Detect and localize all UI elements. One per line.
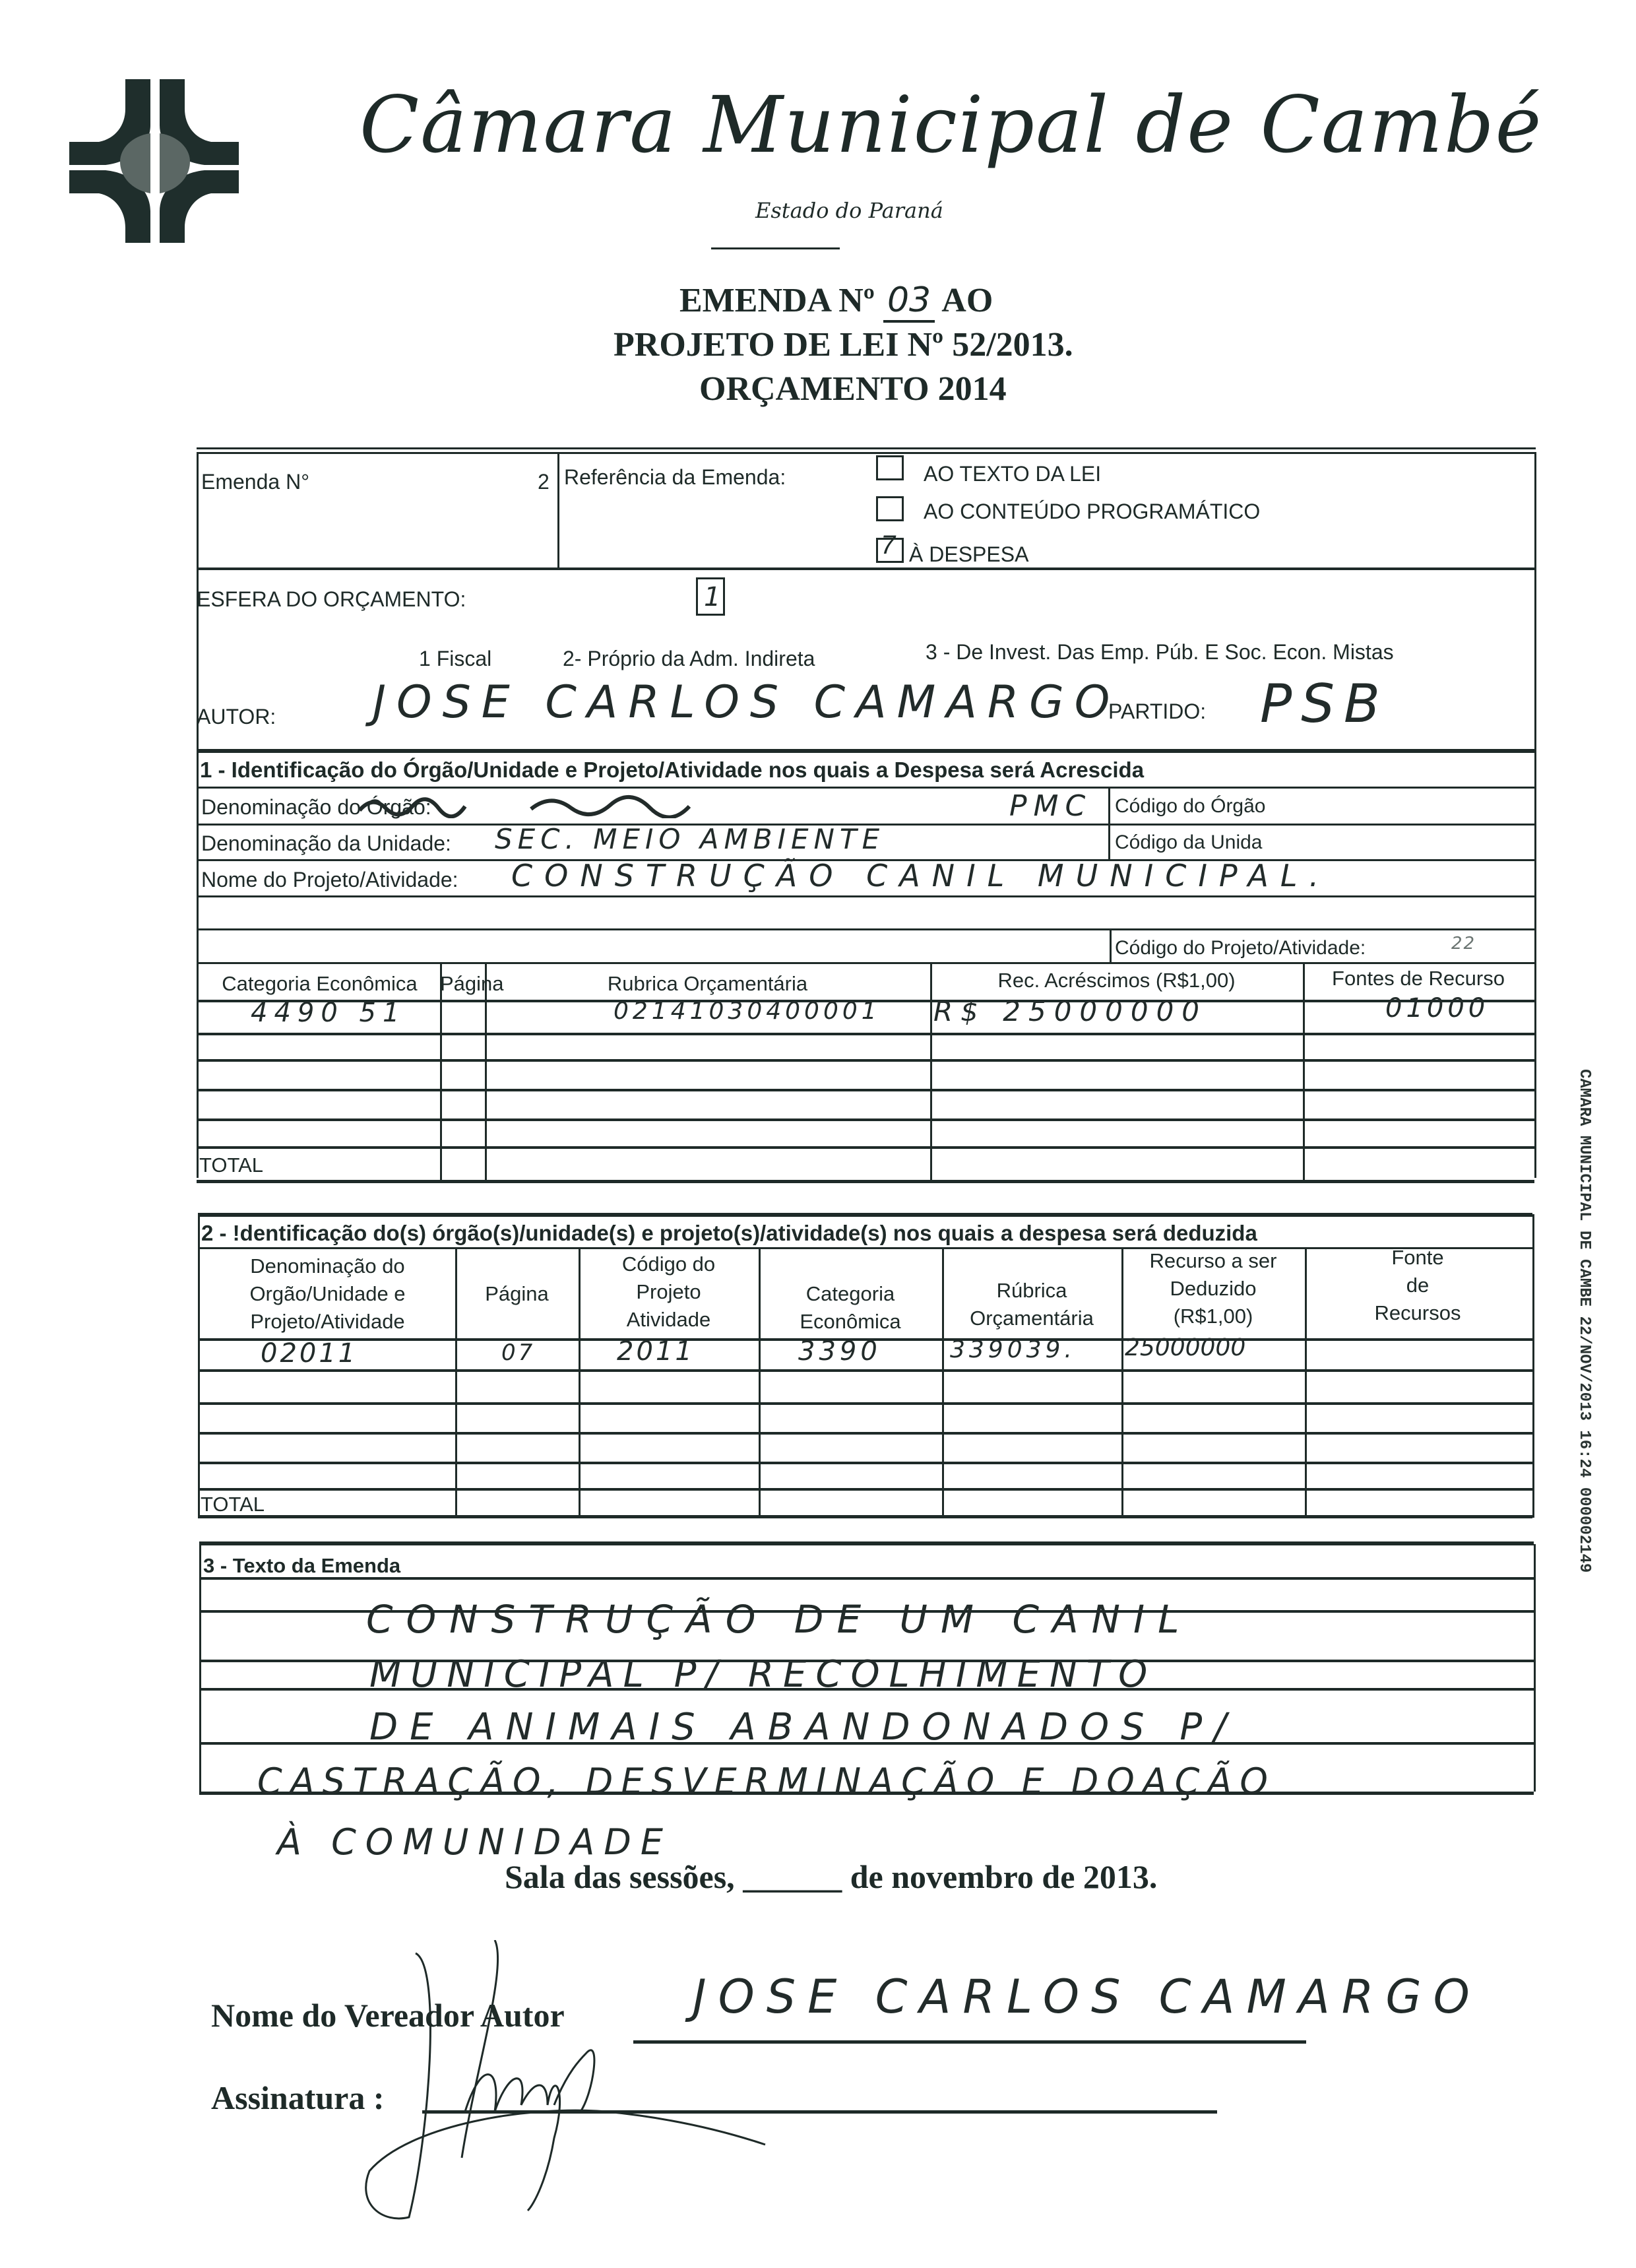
s2-row1-rubrica: 339039. — [950, 1336, 1076, 1363]
checkbox-ao-conteudo[interactable] — [876, 496, 904, 521]
institution-name: Câmara Municipal de Cambé — [360, 79, 1542, 170]
esfera-value: 1 — [704, 582, 720, 612]
s1-col-categoria: Categoria Econômica — [199, 970, 440, 998]
option-ao-texto-label: AO TEXTO DA LEI — [924, 462, 1101, 486]
texto-line-3: DE ANIMAIS ABANDONADOS P/ — [369, 1706, 1238, 1749]
esfera-option-1: 1 Fiscal — [419, 647, 491, 671]
s1-row1-categoria: 4490 51 — [251, 998, 406, 1028]
title-line-3: ORÇAMENTO 2014 — [699, 370, 1007, 408]
texto-line-5: À COMUNIDADE — [277, 1821, 672, 1863]
esfera-option-3: 3 - De Invest. Das Emp. Púb. E Soc. Econ… — [926, 640, 1394, 664]
s2-total-label: TOTAL — [201, 1493, 265, 1516]
s1-col-pagina: Página — [440, 970, 485, 998]
option-ao-conteudo-label: AO CONTEÚDO PROGRAMÁTICO — [924, 500, 1260, 524]
logo-icon — [66, 73, 244, 247]
s2-row1-categoria: 3390 — [798, 1336, 881, 1367]
texto-line-1: CONSTRUÇÃO DE UM CANIL — [366, 1597, 1192, 1642]
s2-row1-pagina: 07 — [501, 1340, 535, 1366]
emenda-label: Emenda N° — [201, 470, 309, 494]
s1-row1-fontes: 01000 — [1385, 993, 1489, 1023]
projeto-value: CONSTRUÇÃO CANIL MUNICIPAL. — [511, 858, 1331, 893]
title-line-2: PROJETO DE LEI Nº 52/2013. — [613, 325, 1073, 364]
texto-line-2: MUNICIPAL P/ RECOLHIMENTO — [369, 1653, 1156, 1696]
autor-value: JOSE CARLOS CAMARGO — [373, 676, 1120, 729]
codigo-projeto-value: 22 — [1451, 934, 1476, 954]
emenda-value: 2 — [538, 470, 550, 494]
s1-row1-rec-acrescimos: R$ 25000000 — [933, 995, 1207, 1027]
header-divider — [711, 247, 840, 249]
s1-col-rec-acrescimos: Rec. Acréscimos (R$1,00) — [930, 967, 1303, 994]
partido-value: PSB — [1260, 673, 1389, 734]
orgao-scribble — [353, 792, 815, 818]
codigo-projeto-label: Código do Projeto/Atividade: — [1115, 937, 1366, 959]
s1-total-label: TOTAL — [199, 1153, 263, 1177]
section-3-title: 3 - Texto da Emenda — [203, 1554, 400, 1578]
s1-col-rubrica: Rubrica Orçamentária — [485, 970, 930, 998]
s1-row1-rubrica: 02141030400001 — [613, 998, 881, 1025]
referencia-label: Referência da Emenda: — [564, 465, 786, 490]
emenda-number-handwritten: 03 — [883, 280, 935, 323]
unidade-value: SEC. MEIO AMBIENTE — [495, 823, 885, 855]
unidade-label: Denominação da Unidade: — [201, 831, 451, 856]
codigo-orgao-label: Código do Órgão — [1115, 795, 1266, 818]
autor-label: AUTOR: — [197, 705, 276, 729]
signature-icon — [330, 1940, 858, 2230]
orgao-value: PMC — [1009, 789, 1092, 823]
codigo-unidade-label: Código da Unida — [1115, 831, 1263, 854]
projeto-label: Nome do Projeto/Atividade: — [201, 868, 458, 892]
s2-col-fonte: Fonte de Recursos — [1305, 1244, 1530, 1327]
checkbox-a-despesa[interactable]: 7 — [876, 538, 904, 563]
s2-col-categoria: Categoria Econômica — [759, 1280, 942, 1336]
s2-col-denominacao: Denominação do Orgão/Unidade e Projeto/A… — [200, 1252, 455, 1336]
title-line-1: EMENDA Nº 03 AO — [679, 280, 993, 320]
section-1-title: 1 - Identificação do Órgão/Unidade e Pro… — [200, 758, 1144, 783]
s1-col-fontes: Fontes de Recurso — [1303, 965, 1534, 992]
sala-das-sessoes: Sala das sessões, ______ de novembro de … — [505, 1858, 1157, 1896]
title-prefix: EMENDA Nº — [679, 282, 875, 319]
checkbox-ao-texto[interactable] — [876, 455, 904, 480]
esfera-value-box[interactable]: 1 — [696, 577, 725, 616]
s2-col-recurso-deduzido: Recurso a ser Deduzido (R$1,00) — [1121, 1247, 1305, 1330]
title-suffix: AO — [941, 282, 993, 319]
protocol-stamp: CAMARA MUNICIPAL DE CAMBE 22/NOV/2013 16… — [1575, 1069, 1593, 1572]
state-name: Estado do Paraná — [755, 198, 943, 223]
partido-label: PARTIDO: — [1108, 699, 1206, 724]
texto-line-4: CASTRAÇÃO, DESVERMINAÇÃO E DOAÇÃO — [257, 1761, 1276, 1802]
s2-col-rubrica: Rúbrica Orçamentária — [942, 1277, 1121, 1332]
sala-day-blank[interactable]: ______ — [743, 1858, 842, 1895]
esfera-option-2: 2- Próprio da Adm. Indireta — [563, 647, 815, 671]
s2-row1-codigo-projeto: 2011 — [617, 1336, 695, 1367]
checkmark-icon: 7 — [881, 531, 895, 560]
s2-col-codigo-projeto: Código do Projeto Atividade — [579, 1250, 759, 1334]
esfera-label: ESFERA DO ORÇAMENTO: — [197, 587, 466, 612]
s2-row1-recurso: 25000000 — [1125, 1334, 1245, 1361]
option-a-despesa-label: À DESPESA — [909, 542, 1028, 567]
section-2-title: 2 - !dentificação do(s) órgão(s)/unidade… — [201, 1221, 1257, 1246]
s2-col-pagina: Página — [455, 1280, 579, 1308]
s2-row1-denominacao: 02011 — [261, 1338, 358, 1369]
